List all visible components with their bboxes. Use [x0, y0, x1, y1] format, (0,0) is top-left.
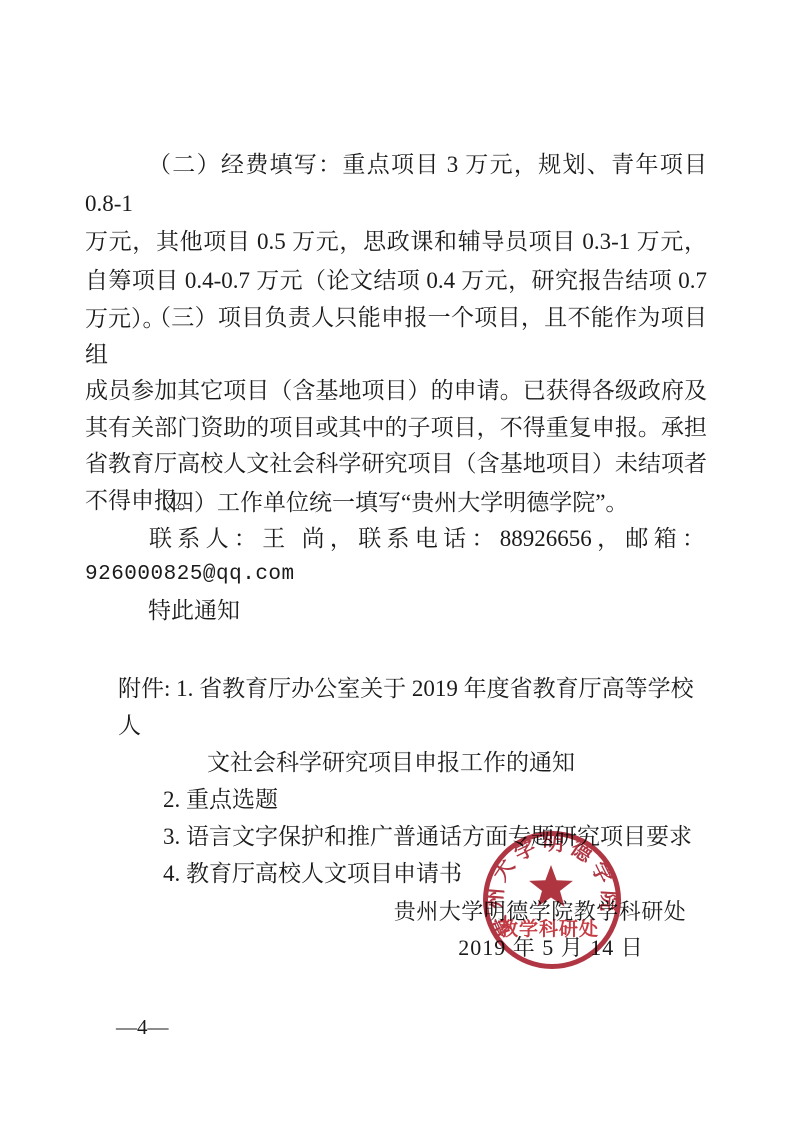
attachment-line: 文社会科学研究项目申报工作的通知: [207, 744, 707, 781]
contact-email: 926000825@qq.com: [85, 557, 707, 593]
attachment-line: 3. 语言文字保护和推广普通话方面专题研究项目要求: [163, 818, 707, 855]
document-page: （二）经费填写：重点项目 3 万元，规划、青年项目 0.8-1 万元，其他项目 …: [0, 0, 793, 1122]
paragraph-work-unit: （四）工作单位统一填写“贵州大学明德学院”。: [85, 485, 707, 521]
body-line: 自筹项目 0.4-0.7 万元（论文结项 0.4 万元，研究报告结项 0.7: [85, 262, 707, 301]
contact-line: 联系人：王 尚，联系电话：88926656，邮箱：: [149, 521, 705, 557]
signature-date: 2019 年 5 月 14 日: [458, 931, 644, 965]
email-text: 926000825@qq.com: [85, 557, 707, 593]
attachment-line: 附件: 1. 省教育厅办公室关于 2019 年度省教育厅高等学校人: [118, 670, 707, 744]
contact-info: 联系人：王 尚，联系电话：88926656，邮箱：: [85, 521, 707, 557]
closing-text: 特此通知: [85, 593, 707, 629]
attachments-list: 附件: 1. 省教育厅办公室关于 2019 年度省教育厅高等学校人 文社会科学研…: [85, 670, 707, 892]
closing-phrase: 特此通知: [85, 593, 707, 629]
body-line: 省教育厅高校人文社会科学研究项目（含基地项目）未结项者: [85, 446, 707, 483]
body-line: 万元，其他项目 0.5 万元，思政课和辅导员项目 0.3-1 万元，: [85, 223, 707, 262]
attachment-line: 4. 教育厅高校人文项目申请书: [163, 855, 707, 892]
attachment-line: 2. 重点选题: [163, 781, 707, 818]
body-line: （三）项目负责人只能申报一个项目，且不能作为项目组: [85, 300, 707, 373]
body-line: （四）工作单位统一填写“贵州大学明德学院”。: [85, 485, 707, 521]
page-number: —4—: [116, 1012, 169, 1042]
body-line: 其有关部门资助的项目或其中的子项目，不得重复申报。承担: [85, 410, 707, 447]
signature-org: 贵州大学明德学院教学科研处: [394, 894, 687, 930]
body-line: （二）经费填写：重点项目 3 万元，规划、青年项目 0.8-1: [85, 146, 707, 223]
body-line: 成员参加其它项目（含基地项目）的申请。已获得各级政府及: [85, 373, 707, 410]
